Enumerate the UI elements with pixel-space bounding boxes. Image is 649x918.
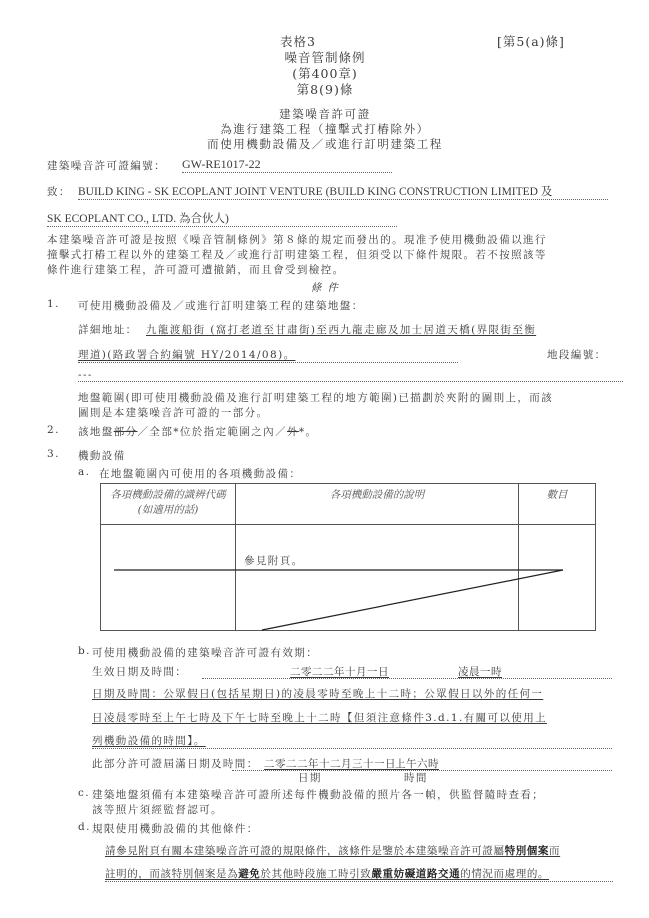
condition-3b-text: 可使用機動設備的建築噪音許可證有效期：	[92, 645, 318, 660]
effective-label: 生效日期及時間：	[92, 664, 187, 679]
period-line-3: 列機動設備的時間】。	[92, 733, 612, 749]
d-para2-bold-traffic: 嚴重妨礙道路交通	[371, 868, 460, 880]
condition-3c-label: c.	[78, 787, 90, 799]
expiry-date: 二零二二年十二月三十一日	[264, 756, 396, 771]
condition-3d-paragraph-line-1: 請參見附頁有關本建築噪音許可證的規限條件，該條件是鑒於本建築噪音許可證屬特別個案…	[105, 843, 560, 858]
d-para1-bold-special-case: 特別個案	[505, 845, 549, 857]
date-caption: 日期	[298, 770, 322, 785]
condition-3d-label: d.	[78, 821, 91, 833]
d-para2-text-c: 的情況而處理的。	[460, 868, 549, 880]
condition-3b-label: b.	[78, 645, 91, 657]
condition-3c-line-1: 建築地盤須備有本建築噪音許可證所述每件機動設備的照片各一幀，供監督隨時查看；	[92, 787, 544, 802]
d-para2-bold-avoid: 避免	[238, 868, 260, 880]
period-line-2: 日凌晨零時至上午七時及下午七時至晚上十二時【但須注意條件3.d.1.有關可以使用…	[92, 710, 547, 725]
condition-3d-text: 規限使用機動設備的其他條件：	[92, 821, 259, 836]
expiry-time: 上午六時	[395, 756, 439, 771]
condition-3c-line-2: 該等照片須經監督認可。	[92, 802, 223, 817]
condition-3d-paragraph-line-2: 註明的，而該特別個案是為避免於其他時段施工時引致嚴重妨礙道路交通的情況而處理的。	[105, 866, 613, 882]
period-line-1: 日期及時間：公眾假日(包括星期日)的凌晨零時至晚上十二時；公眾假日以外的任何一	[92, 686, 543, 701]
effective-time: 凌晨一時	[458, 664, 502, 679]
d-para2-text-b: 於其他時段施工時引致	[260, 868, 371, 880]
d-para2-text-a: 註明的，而該特別個案是為	[105, 868, 238, 880]
d-para1-text-a: 請參見附頁有關本建築噪音許可證的規限條件，該條件是鑒於本建築噪音許可證屬	[105, 845, 505, 857]
d-para1-text-b: 而	[549, 845, 560, 857]
cross-out-lines	[0, 0, 649, 918]
effective-date: 二零二二年十月一日	[290, 664, 389, 679]
effective-dotline	[202, 664, 612, 679]
time-caption: 時間	[404, 770, 428, 785]
